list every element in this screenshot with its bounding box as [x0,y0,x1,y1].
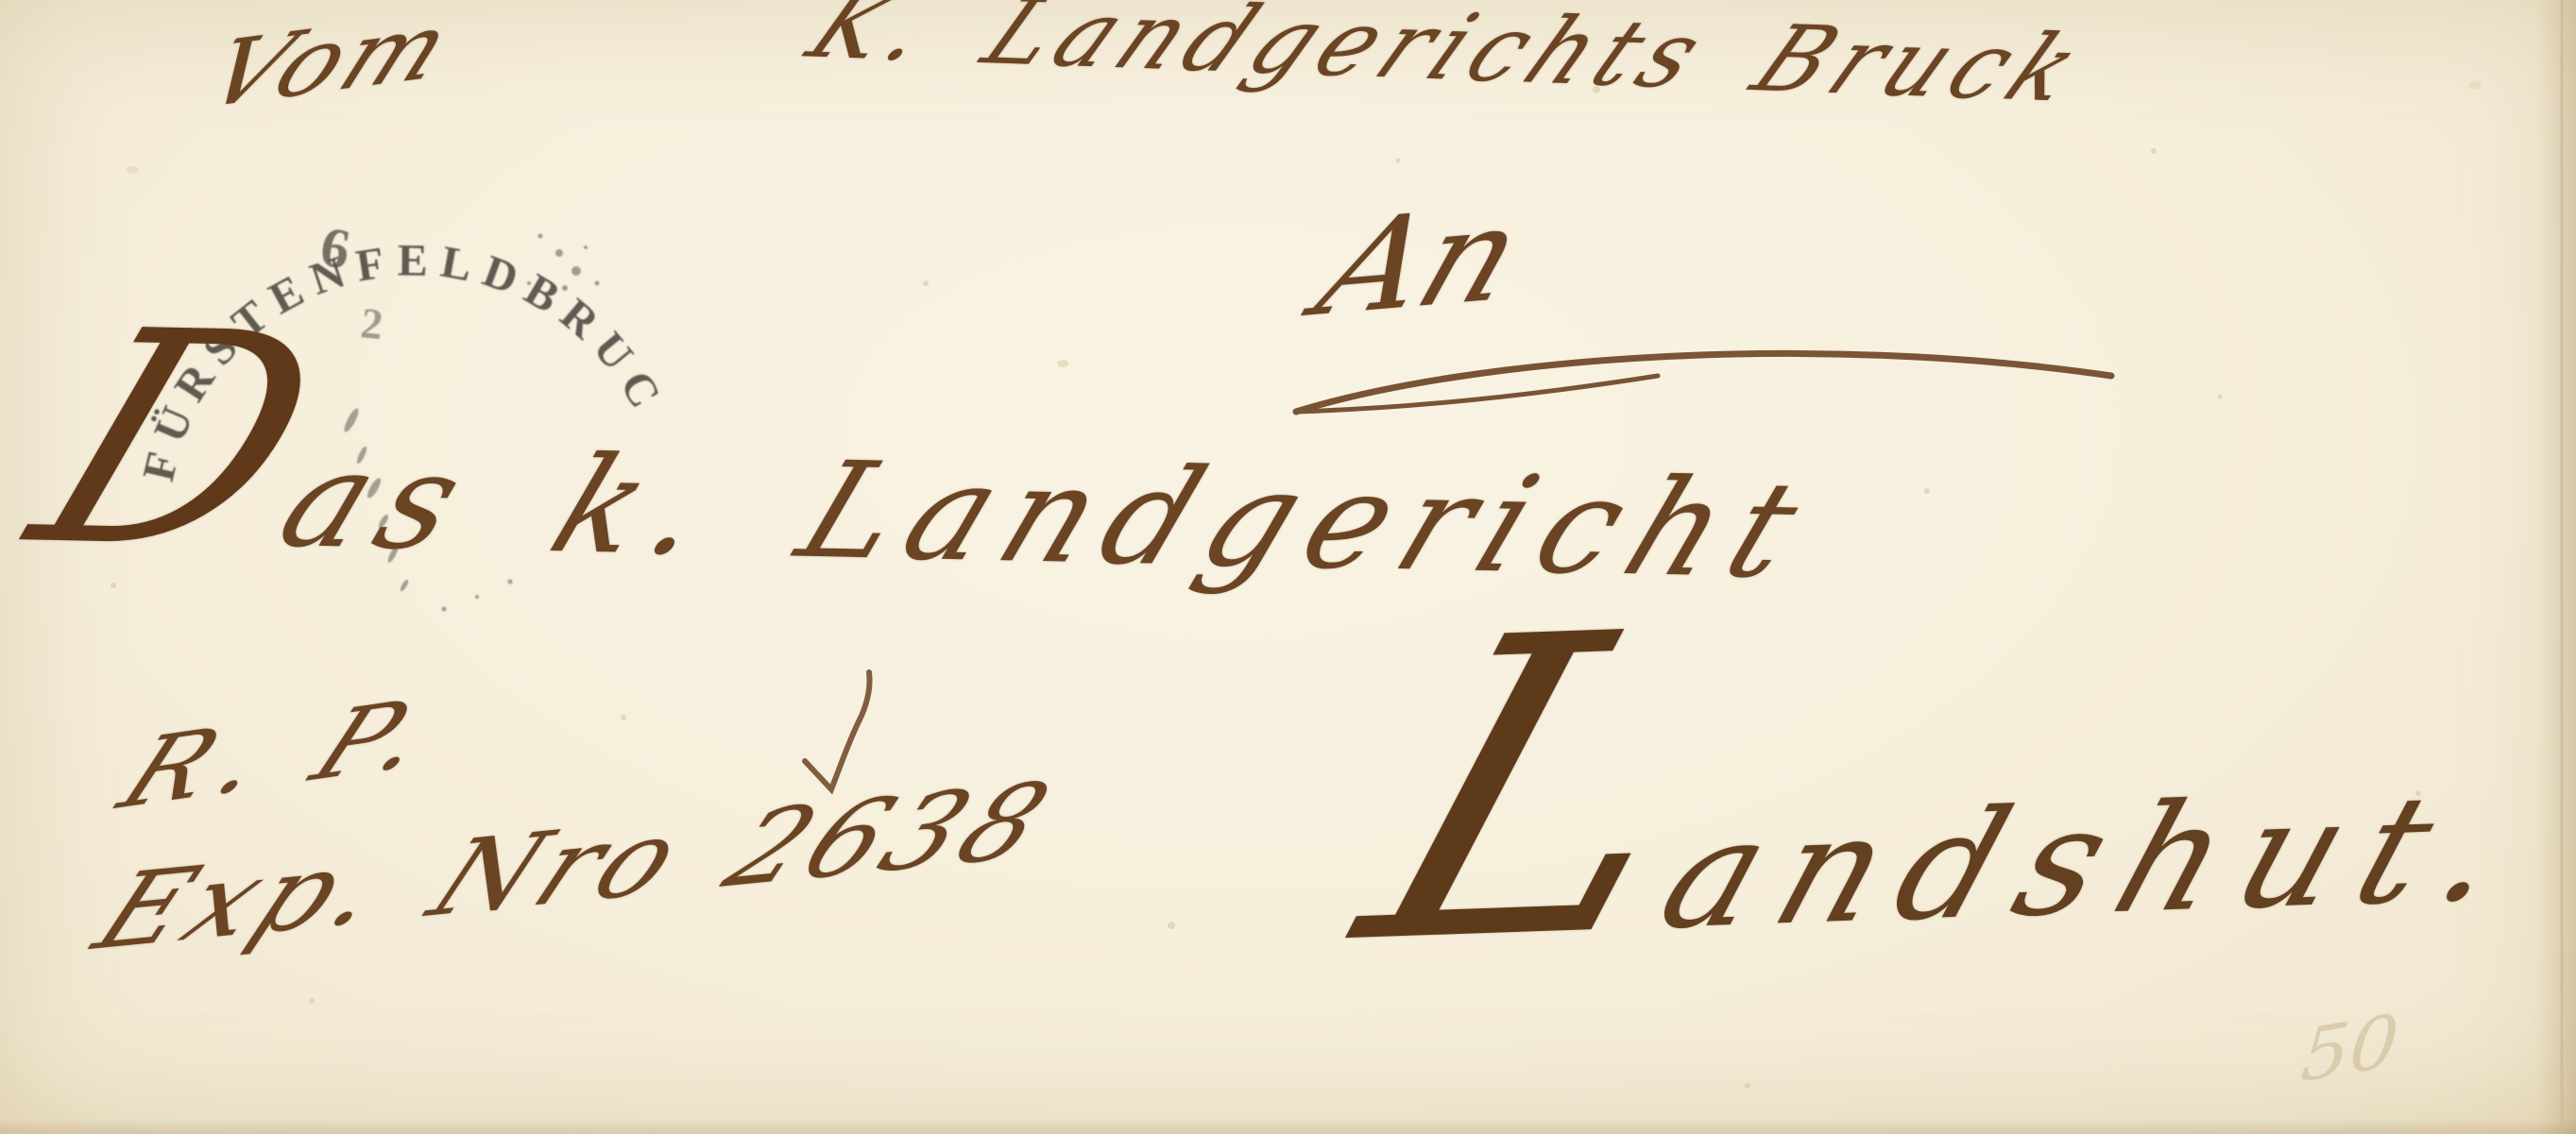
destination-city: Landshut. [1330,547,2576,1002]
stamp-smudge-right [527,234,600,292]
letter-cover-paper: FÜRSTENFELDBRUCK 6 2 [0,0,2576,1134]
postmark-day-numeral: 6 [316,214,354,280]
sender-office-line: K. Landgerichts Bruck [795,0,2103,115]
checkmark-squiggle [805,672,870,789]
registry-note-line1: R. P. [107,682,458,823]
sender-prefix-word: Vom [194,0,468,123]
pencil-annotation: 50 [2298,1005,2401,1093]
salutation-word: An [1304,189,1538,336]
